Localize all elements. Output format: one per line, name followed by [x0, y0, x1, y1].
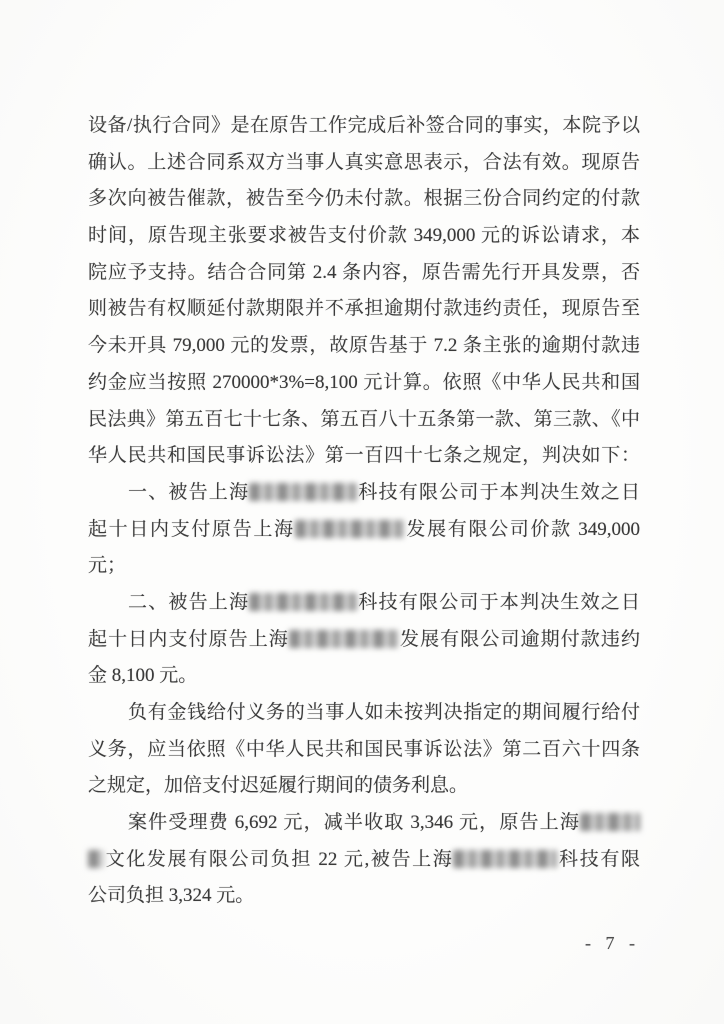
text-segment: 一、被告上海 — [128, 482, 249, 503]
document-line: 金 8,100 元。 — [88, 658, 640, 695]
redacted-text — [295, 520, 405, 538]
text-segment: 文化发展有限公司负担 22 元,被告上海 — [104, 849, 453, 870]
text-block: 设备/执行合同》是在原告工作完成后补签合同的事实，本院予以确认。上述合同系双方当… — [88, 108, 640, 915]
text-segment: 华人民共和国民事诉讼法》第一百四十七条之规定，判决如下： — [88, 445, 640, 466]
document-line: 多次向被告催款，被告至今仍未付款。根据三份合同约定的付款 — [88, 181, 640, 218]
text-segment: 金 8,100 元。 — [88, 665, 197, 686]
text-segment: 则被告有权顺延付款期限并不承担逾期付款违约责任，现原告至 — [88, 298, 640, 319]
document-line: 负有金钱给付义务的当事人如未按判决指定的期间履行给付 — [88, 695, 640, 732]
document-line: 华人民共和国民事诉讼法》第一百四十七条之规定，判决如下： — [88, 438, 640, 475]
redacted-text — [289, 630, 399, 648]
text-segment: 多次向被告催款，被告至今仍未付款。根据三份合同约定的付款 — [88, 188, 640, 209]
document-line: 设备/执行合同》是在原告工作完成后补签合同的事实，本院予以 — [88, 108, 640, 145]
redacted-text — [580, 813, 640, 831]
document-line: 一、被告上海科技有限公司于本判决生效之日 — [88, 475, 640, 512]
text-segment: 时间，原告现主张要求被告支付价款 349,000 元的诉讼请求，本 — [88, 225, 640, 246]
text-segment: 发展有限公司逾期付款违约 — [399, 629, 640, 650]
text-segment: 起十日内支付原告上海 — [88, 519, 295, 540]
document-line: 案件受理费 6,692 元，减半收取 3,346 元，原告上海 — [88, 805, 640, 842]
document-line: 则被告有权顺延付款期限并不承担逾期付款违约责任，现原告至 — [88, 291, 640, 328]
document-line: 今未开具 79,000 元的发票，故原告基于 7.2 条主张的逾期付款违 — [88, 328, 640, 365]
document-line: 约金应当按照 270000*3%=8,100 元计算。依照《中华人民共和国 — [88, 365, 640, 402]
document-line: 之规定，加倍支付迟延履行期间的债务利息。 — [88, 768, 640, 805]
text-segment: 科技有限公司于本判决生效之日 — [357, 482, 640, 503]
document-page: 设备/执行合同》是在原告工作完成后补签合同的事实，本院予以确认。上述合同系双方当… — [0, 0, 724, 1024]
document-line: 二、被告上海科技有限公司于本判决生效之日 — [88, 585, 640, 622]
document-line: 文化发展有限公司负担 22 元,被告上海科技有限 — [88, 842, 640, 879]
text-segment: 起十日内支付原告上海 — [88, 629, 289, 650]
text-segment: 民法典》第五百七十七条、第五百八十五条第一款、第三款、《中 — [88, 409, 640, 430]
text-segment: 二、被告上海 — [128, 592, 249, 613]
text-segment: 设备/执行合同》是在原告工作完成后补签合同的事实，本院予以 — [88, 115, 640, 136]
document-line: 公司负担 3,324 元。 — [88, 878, 640, 915]
document-line: 民法典》第五百七十七条、第五百八十五条第一款、第三款、《中 — [88, 402, 640, 439]
text-segment: 义务，应当依照《中华人民共和国民事诉讼法》第二百六十四条 — [88, 739, 640, 760]
page-number: - 7 - — [585, 933, 640, 954]
document-line: 时间，原告现主张要求被告支付价款 349,000 元的诉讼请求，本 — [88, 218, 640, 255]
document-line: 义务，应当依照《中华人民共和国民事诉讼法》第二百六十四条 — [88, 732, 640, 769]
redacted-text — [453, 850, 557, 868]
text-segment: 案件受理费 6,692 元，减半收取 3,346 元，原告上海 — [128, 812, 580, 833]
text-segment: 今未开具 79,000 元的发票，故原告基于 7.2 条主张的逾期付款违 — [88, 335, 640, 356]
document-line: 确认。上述合同系双方当事人真实意思表示，合法有效。现原告 — [88, 145, 640, 182]
text-segment: 元； — [88, 555, 126, 576]
text-segment: 负有金钱给付义务的当事人如未按判决指定的期间履行给付 — [128, 702, 640, 723]
text-segment: 约金应当按照 270000*3%=8,100 元计算。依照《中华人民共和国 — [88, 372, 640, 393]
text-segment: 之规定，加倍支付迟延履行期间的债务利息。 — [88, 775, 468, 796]
document-line: 起十日内支付原告上海发展有限公司逾期付款违约 — [88, 622, 640, 659]
document-line: 起十日内支付原告上海发展有限公司价款 349,000 — [88, 512, 640, 549]
text-segment: 发展有限公司价款 349,000 — [405, 519, 640, 540]
document-line: 院应予支持。结合合同第 2.4 条内容，原告需先行开具发票，否 — [88, 255, 640, 292]
text-segment: 科技有限 — [557, 849, 640, 870]
document-line: 元； — [88, 548, 640, 585]
redacted-text — [249, 483, 357, 501]
text-segment: 公司负担 3,324 元。 — [88, 885, 254, 906]
text-segment: 科技有限公司于本判决生效之日 — [357, 592, 640, 613]
redacted-text — [249, 593, 357, 611]
redacted-text — [88, 850, 104, 868]
text-segment: 院应予支持。结合合同第 2.4 条内容，原告需先行开具发票，否 — [88, 262, 640, 283]
text-segment: 确认。上述合同系双方当事人真实意思表示，合法有效。现原告 — [88, 152, 640, 173]
